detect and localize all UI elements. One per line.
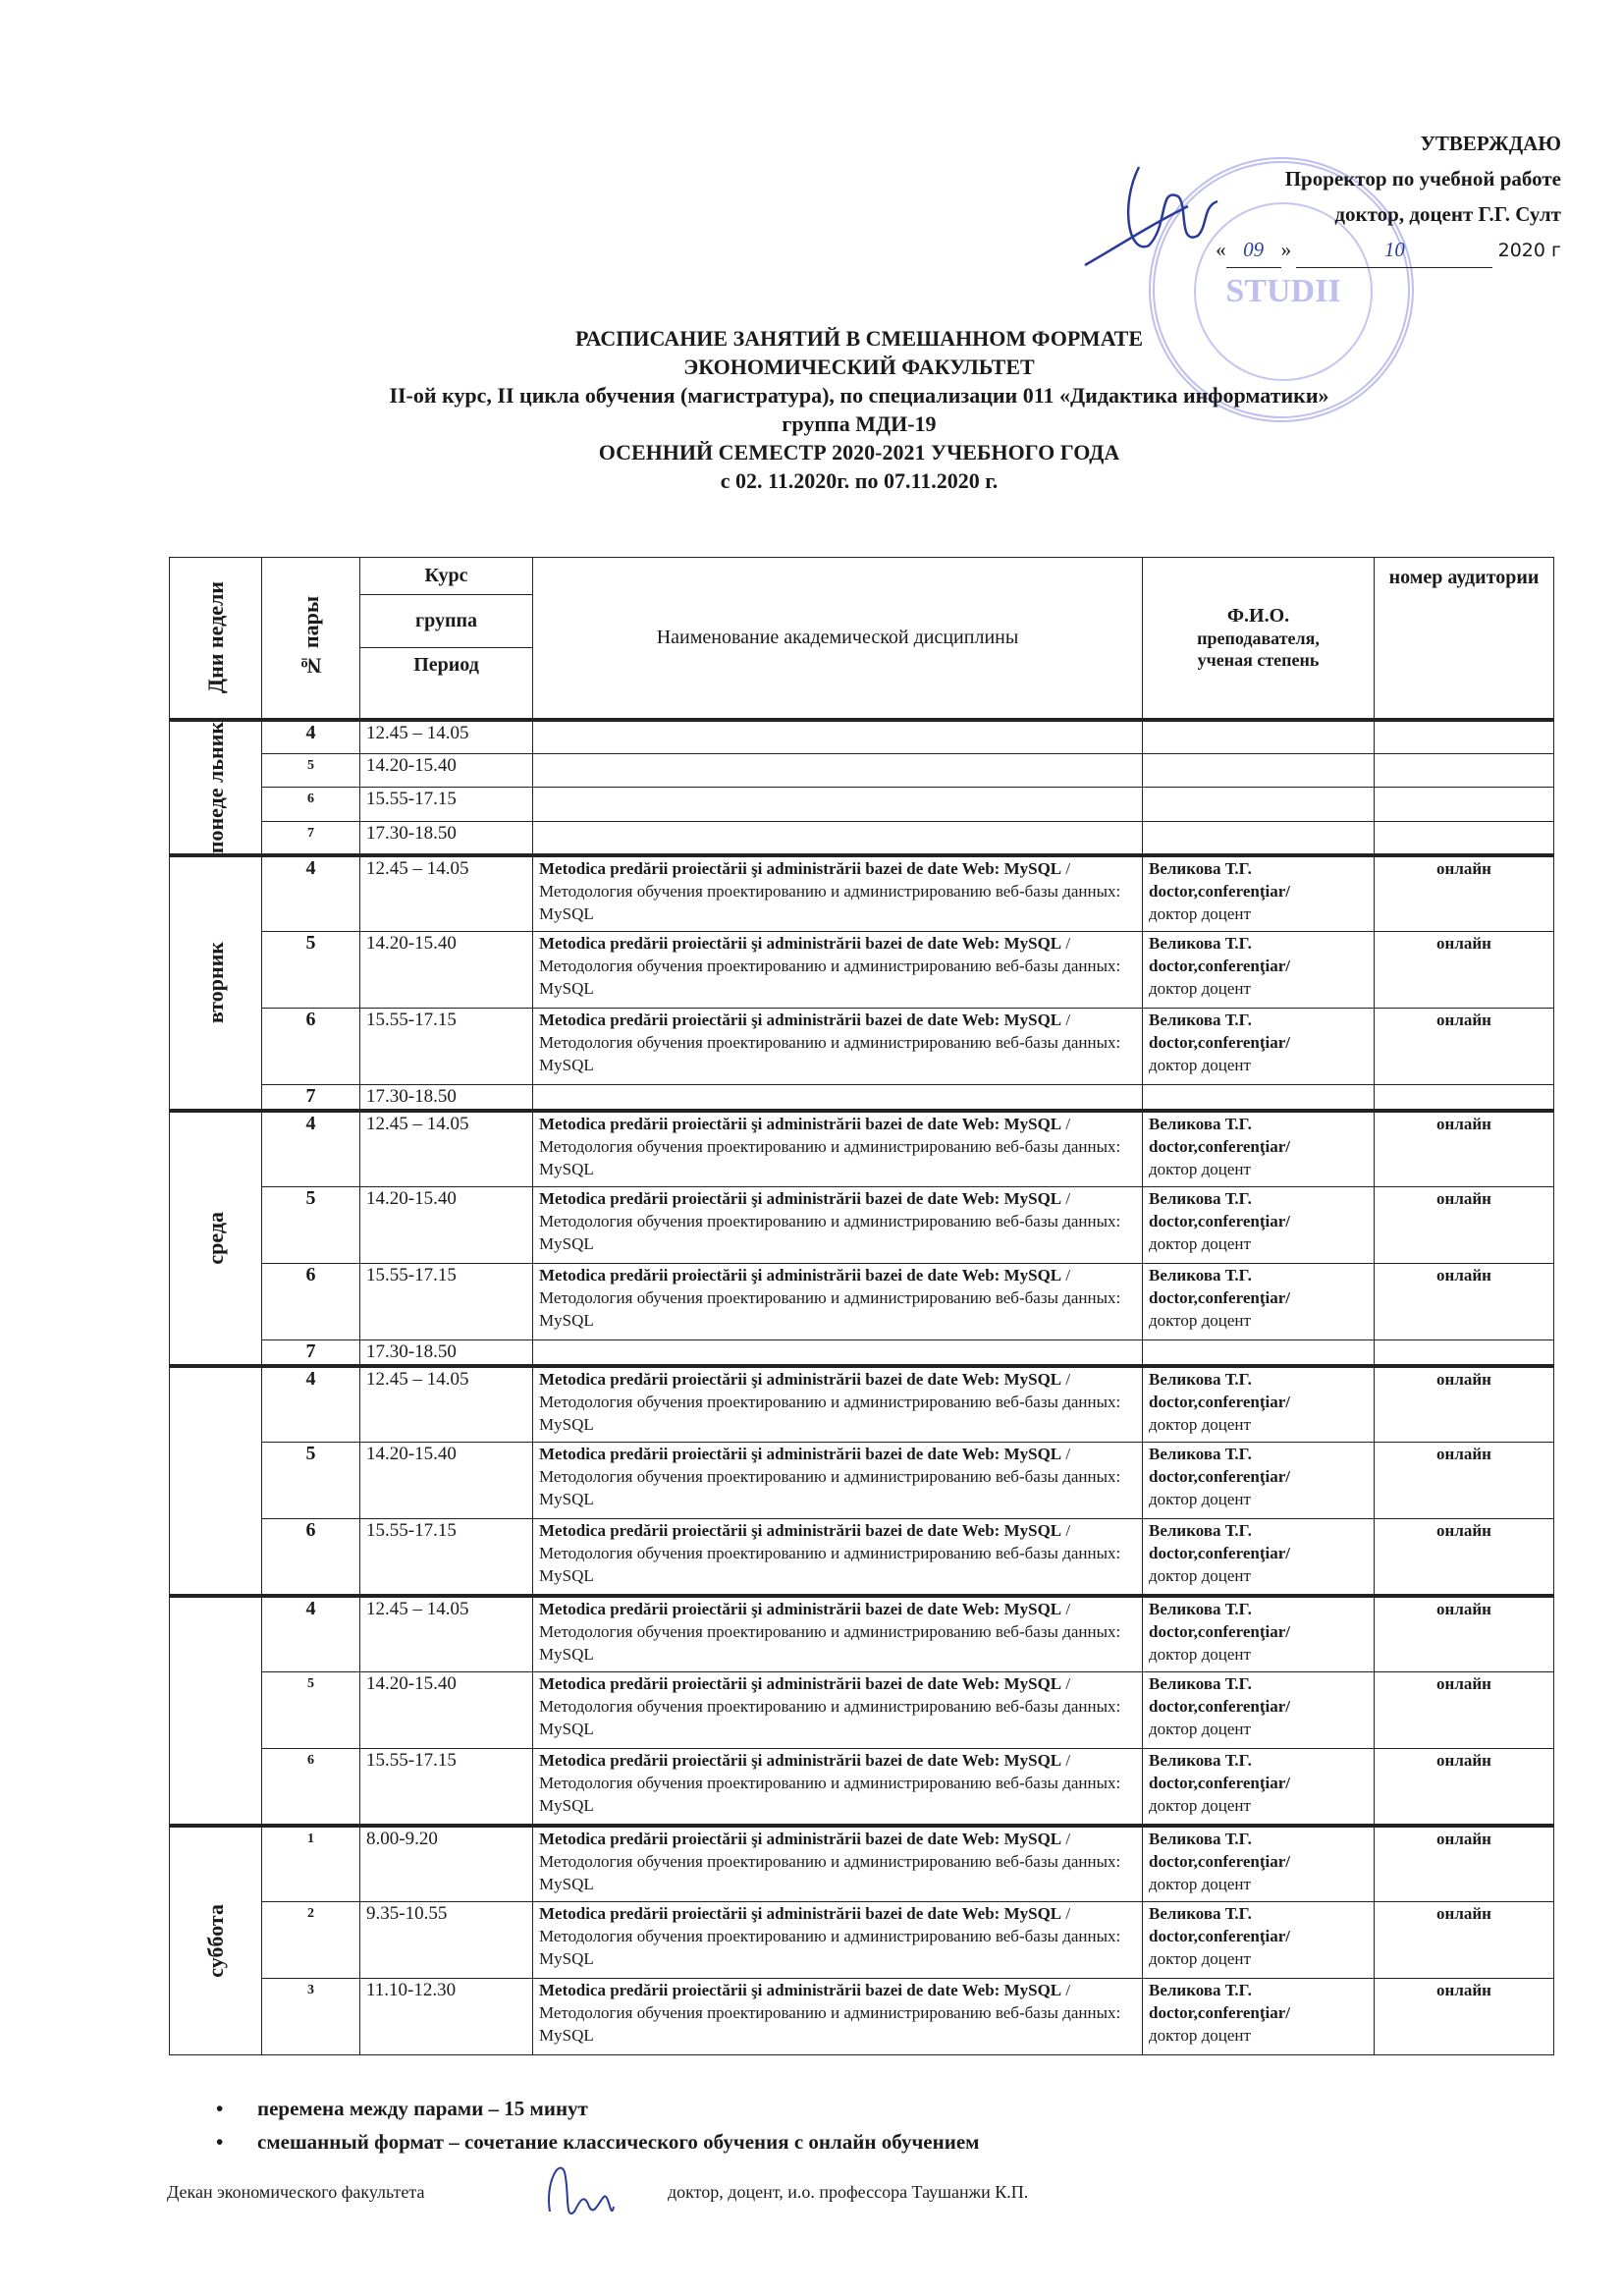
teacher-cell: Великова Т.Г.doctor,conferenţiar/доктор … <box>1143 1111 1375 1187</box>
discipline-cell: Metodica predării proiectării şi adminis… <box>533 1187 1143 1264</box>
discipline-cell: Metodica predării proiectării şi adminis… <box>533 1443 1143 1519</box>
pair-period: 17.30-18.50 <box>360 1085 533 1111</box>
pair-number: 6 <box>262 788 360 822</box>
pair-period: 9.35-10.55 <box>360 1902 533 1979</box>
discipline-cell: Metodica predării proiectării şi adminis… <box>533 1009 1143 1085</box>
discipline-cell: Metodica predării proiectării şi adminis… <box>533 1366 1143 1443</box>
pair-period: 12.45 – 14.05 <box>360 720 533 754</box>
table-row: 717.30-18.50 <box>170 1340 1554 1366</box>
discipline-cell <box>533 753 1143 788</box>
pair-period: 15.55-17.15 <box>360 1749 533 1826</box>
approval-block: УТВЕРЖДАЮ Проректор по учебной работе до… <box>1168 126 1561 268</box>
room-cell: онлайн <box>1375 1979 1554 2055</box>
approval-signatory: доктор, доцент Г.Г. Султ <box>1168 196 1561 232</box>
discipline-cell: Metodica predării proiectării şi adminis… <box>533 855 1143 932</box>
document-title: РАСПИСАНИЕ ЗАНЯТИЙ В СМЕШАННОМ ФОРМАТЕ Э… <box>236 324 1483 495</box>
table-row: вторник412.45 – 14.05Metodica predării p… <box>170 855 1554 932</box>
day-cell <box>170 1596 262 1826</box>
teacher-cell: Великова Т.Г.doctor,conferenţiar/доктор … <box>1143 855 1375 932</box>
teacher-cell: Великова Т.Г.doctor,conferenţiar/доктор … <box>1143 1443 1375 1519</box>
table-row: 29.35-10.55Metodica predării proiectării… <box>170 1902 1554 1979</box>
table-row: среда412.45 – 14.05Metodica predării pro… <box>170 1111 1554 1187</box>
pair-number: 5 <box>262 1672 360 1749</box>
teacher-cell <box>1143 788 1375 822</box>
table-row: 615.55-17.15Metodica predării proiectări… <box>170 1264 1554 1340</box>
pair-number: 1 <box>262 1826 360 1902</box>
room-cell: онлайн <box>1375 1749 1554 1826</box>
room-cell: онлайн <box>1375 1672 1554 1749</box>
discipline-cell: Metodica predării proiectării şi adminis… <box>533 1749 1143 1826</box>
approval-date-month: 10 <box>1296 232 1492 268</box>
pair-number: 6 <box>262 1749 360 1826</box>
day-cell: вторник <box>170 855 262 1111</box>
pair-number: 4 <box>262 1366 360 1443</box>
pair-number: 5 <box>262 753 360 788</box>
table-row: 514.20-15.40Metodica predării proiectări… <box>170 1187 1554 1264</box>
title-line-4: группа МДИ-19 <box>236 410 1483 438</box>
room-cell: онлайн <box>1375 1009 1554 1085</box>
header-group: группа <box>360 595 533 648</box>
notes-list: •перемена между парами – 15 минут •смеша… <box>216 2092 979 2159</box>
title-line-2: ЭКОНОМИЧЕСКИЙ ФАКУЛЬТЕТ <box>236 353 1483 381</box>
teacher-cell: Великова Т.Г.doctor,conferenţiar/доктор … <box>1143 1902 1375 1979</box>
teacher-cell: Великова Т.Г.doctor,conferenţiar/доктор … <box>1143 932 1375 1009</box>
table-row: 615.55-17.15Metodica predării proiectări… <box>170 1009 1554 1085</box>
teacher-cell: Великова Т.Г.doctor,conferenţiar/доктор … <box>1143 1009 1375 1085</box>
teacher-cell: Великова Т.Г.doctor,conferenţiar/доктор … <box>1143 1826 1375 1902</box>
pair-number: 5 <box>262 1443 360 1519</box>
teacher-cell: Великова Т.Г.doctor,conferenţiar/доктор … <box>1143 1749 1375 1826</box>
room-cell: онлайн <box>1375 855 1554 932</box>
pair-period: 12.45 – 14.05 <box>360 855 533 932</box>
pair-number: 7 <box>262 1340 360 1366</box>
dean-rank: доктор, доцент, и.о. профессора Таушанжи… <box>668 2182 1028 2203</box>
discipline-cell: Metodica predării proiectării şi adminis… <box>533 1519 1143 1596</box>
table-row: 412.45 – 14.05Metodica predării proiectă… <box>170 1366 1554 1443</box>
header-discipline: Наименование академической дисциплины <box>533 558 1143 720</box>
day-cell: среда <box>170 1111 262 1366</box>
discipline-cell: Metodica predării proiectării şi adminis… <box>533 1672 1143 1749</box>
teacher-cell <box>1143 1085 1375 1111</box>
pair-period: 14.20-15.40 <box>360 1672 533 1749</box>
pair-number: 6 <box>262 1009 360 1085</box>
approval-date-year: 2020 г <box>1498 240 1561 261</box>
table-row: суббота18.00-9.20Metodica predării proie… <box>170 1826 1554 1902</box>
pair-period: 15.55-17.15 <box>360 1009 533 1085</box>
room-cell <box>1375 821 1554 855</box>
teacher-cell: Великова Т.Г.doctor,conferenţiar/доктор … <box>1143 1366 1375 1443</box>
room-cell: онлайн <box>1375 932 1554 1009</box>
table-row: 412.45 – 14.05Metodica predării proiectă… <box>170 1596 1554 1672</box>
table-row: 311.10-12.30Metodica predării proiectări… <box>170 1979 1554 2055</box>
room-cell <box>1375 788 1554 822</box>
note-item: •перемена между парами – 15 минут <box>216 2092 979 2125</box>
room-cell: онлайн <box>1375 1443 1554 1519</box>
pair-number: 4 <box>262 855 360 932</box>
pair-period: 12.45 – 14.05 <box>360 1596 533 1672</box>
teacher-cell: Великова Т.Г.doctor,conferenţiar/доктор … <box>1143 1672 1375 1749</box>
dean-label: Декан экономического факультета <box>167 2182 425 2203</box>
pair-period: 15.55-17.15 <box>360 1519 533 1596</box>
teacher-cell: Великова Т.Г.doctor,conferenţiar/доктор … <box>1143 1519 1375 1596</box>
header-pair-no: № пары <box>262 558 360 720</box>
pair-number: 7 <box>262 1085 360 1111</box>
pair-period: 14.20-15.40 <box>360 753 533 788</box>
pair-period: 8.00-9.20 <box>360 1826 533 1902</box>
pair-period: 14.20-15.40 <box>360 1187 533 1264</box>
teacher-cell <box>1143 821 1375 855</box>
header-days: Дни недели <box>170 558 262 720</box>
table-row: 514.20-15.40Metodica predării proiectări… <box>170 1443 1554 1519</box>
discipline-cell: Metodica predării proiectării şi adminis… <box>533 1902 1143 1979</box>
title-line-3: II-ой курс, II цикла обучения (магистрат… <box>236 381 1483 410</box>
pair-number: 5 <box>262 1187 360 1264</box>
pair-period: 15.55-17.15 <box>360 788 533 822</box>
room-cell <box>1375 1085 1554 1111</box>
pair-period: 14.20-15.40 <box>360 1443 533 1519</box>
room-cell: онлайн <box>1375 1596 1554 1672</box>
header-teacher: Ф.И.О. преподавателя, ученая степень <box>1143 558 1375 720</box>
room-cell: онлайн <box>1375 1902 1554 1979</box>
room-cell: онлайн <box>1375 1826 1554 1902</box>
header-room: номер аудитории <box>1375 558 1554 720</box>
discipline-cell: Metodica predării proiectării şi adminis… <box>533 1264 1143 1340</box>
pair-period: 11.10-12.30 <box>360 1979 533 2055</box>
header-period: Период <box>360 648 533 720</box>
pair-number: 7 <box>262 821 360 855</box>
approval-date: «09» 10 2020 г <box>1168 232 1561 268</box>
discipline-cell <box>533 788 1143 822</box>
pair-number: 6 <box>262 1264 360 1340</box>
room-cell: онлайн <box>1375 1366 1554 1443</box>
room-cell: онлайн <box>1375 1111 1554 1187</box>
teacher-cell: Великова Т.Г.doctor,conferenţiar/доктор … <box>1143 1187 1375 1264</box>
day-cell: понеде льник <box>170 720 262 855</box>
dean-signature <box>540 2153 619 2231</box>
title-line-1: РАСПИСАНИЕ ЗАНЯТИЙ В СМЕШАННОМ ФОРМАТЕ <box>236 324 1483 353</box>
day-cell <box>170 1366 262 1596</box>
approval-position: Проректор по учебной работе <box>1168 161 1561 196</box>
table-row: 615.55-17.15 <box>170 788 1554 822</box>
table-row: 514.20-15.40Metodica predării proiectări… <box>170 932 1554 1009</box>
pair-number: 2 <box>262 1902 360 1979</box>
table-row: 615.55-17.15Metodica predării proiectări… <box>170 1749 1554 1826</box>
header-course: Курс <box>360 558 533 595</box>
room-cell: онлайн <box>1375 1519 1554 1596</box>
discipline-cell: Metodica predării proiectării şi adminis… <box>533 1111 1143 1187</box>
discipline-cell <box>533 821 1143 855</box>
discipline-cell <box>533 720 1143 754</box>
pair-number: 4 <box>262 1111 360 1187</box>
pair-number: 3 <box>262 1979 360 2055</box>
teacher-cell <box>1143 720 1375 754</box>
teacher-cell: Великова Т.Г.doctor,conferenţiar/доктор … <box>1143 1264 1375 1340</box>
room-cell <box>1375 1340 1554 1366</box>
table-row: 717.30-18.50 <box>170 821 1554 855</box>
pair-number: 4 <box>262 720 360 754</box>
pair-number: 4 <box>262 1596 360 1672</box>
room-cell <box>1375 753 1554 788</box>
pair-period: 17.30-18.50 <box>360 821 533 855</box>
discipline-cell <box>533 1085 1143 1111</box>
pair-number: 5 <box>262 932 360 1009</box>
pair-period: 12.45 – 14.05 <box>360 1111 533 1187</box>
pair-period: 12.45 – 14.05 <box>360 1366 533 1443</box>
pair-period: 15.55-17.15 <box>360 1264 533 1340</box>
pair-number: 6 <box>262 1519 360 1596</box>
teacher-cell: Великова Т.Г.doctor,conferenţiar/доктор … <box>1143 1979 1375 2055</box>
day-cell: суббота <box>170 1826 262 2055</box>
approval-heading: УТВЕРЖДАЮ <box>1168 126 1561 161</box>
room-cell: онлайн <box>1375 1264 1554 1340</box>
table-row: 717.30-18.50 <box>170 1085 1554 1111</box>
room-cell: онлайн <box>1375 1187 1554 1264</box>
pair-period: 17.30-18.50 <box>360 1340 533 1366</box>
pair-period: 14.20-15.40 <box>360 932 533 1009</box>
discipline-cell: Metodica predării proiectării şi adminis… <box>533 1596 1143 1672</box>
teacher-cell <box>1143 753 1375 788</box>
schedule-table: Дни недели № пары Курс Наименование акад… <box>169 557 1554 2055</box>
table-row: 615.55-17.15Metodica predării proiectări… <box>170 1519 1554 1596</box>
table-row: 514.20-15.40Metodica predării proiectări… <box>170 1672 1554 1749</box>
title-line-5: ОСЕННИЙ СЕМЕСТР 2020-2021 УЧЕБНОГО ГОДА <box>236 438 1483 466</box>
discipline-cell <box>533 1340 1143 1366</box>
title-line-6: с 02. 11.2020г. по 07.11.2020 г. <box>236 466 1483 495</box>
room-cell <box>1375 720 1554 754</box>
discipline-cell: Metodica predării proiectării şi adminis… <box>533 1979 1143 2055</box>
discipline-cell: Metodica predării proiectării şi adminis… <box>533 932 1143 1009</box>
table-row: понеде льник412.45 – 14.05 <box>170 720 1554 754</box>
approval-date-day: 09 <box>1226 232 1281 268</box>
table-row: 514.20-15.40 <box>170 753 1554 788</box>
teacher-cell <box>1143 1340 1375 1366</box>
discipline-cell: Metodica predării proiectării şi adminis… <box>533 1826 1143 1902</box>
teacher-cell: Великова Т.Г.doctor,conferenţiar/доктор … <box>1143 1596 1375 1672</box>
